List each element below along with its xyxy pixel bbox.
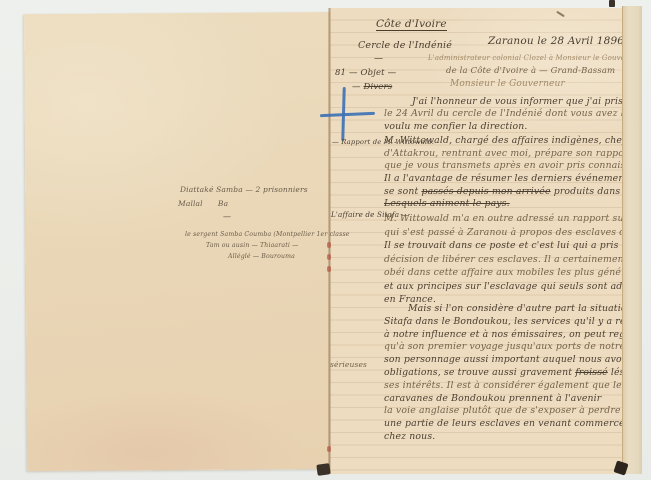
handwriting-line: M. Wittowald, chargé des affaires indigè… [384,135,622,148]
left-page-annotation: — [223,212,231,221]
body-paragraph: Mais si l'on considère d'autre part la s… [384,303,622,444]
handwriting-line: Sitafa dans le Bondoukou, les services q… [384,316,622,329]
handwriting-line: la voie anglaise plutôt que de s'exposer… [384,405,622,418]
handwriting-line: J'ai l'honneur de vous informer que j'ai… [384,96,622,108]
right-page-handwriting-layer: Côte d'IvoireCercle de l'Indénié—Zaranou… [330,8,622,474]
handwriting-line: ses intérêts. Il est à considérer égalem… [384,380,622,393]
header-handwriting-line: Cercle de l'Indénié [358,40,452,51]
book-fore-edge [622,6,642,474]
handwriting-line: obligations, se trouve aussi gravement f… [384,367,622,380]
body-paragraph: J'ai l'honneur de vous informer que j'ai… [384,96,622,133]
handwriting-line: d'Attakrou, rentrant avec moi, prépare s… [384,148,622,161]
left-page-annotation: Mallal Ba [178,199,228,208]
header-handwriting-line: — [374,54,383,64]
handwriting-line: M. Wittowald m'a en outre adressé un rap… [384,212,622,226]
left-page-annotation: Alléglé — Bourouma [228,253,295,260]
binding-mark-top [609,0,615,7]
handwriting-line: une partie de leurs esclaves en venant c… [384,418,622,431]
handwriting-line: son personnage aussi important auquel no… [384,354,622,367]
left-page-annotation: le sergent Samba Coumba (Montpellier 1er… [185,231,350,238]
handwriting-line: Il se trouvait dans ce poste et c'est lu… [384,239,622,253]
handwriting-line: obéi dans cette affaire aux mobiles les … [384,266,622,280]
handwriting-line: caravanes de Bondoukou prennent à l'aven… [384,393,622,406]
body-paragraph: M. Wittowald m'a en outre adressé un rap… [384,212,622,307]
handwriting-line: Il a l'avantage de résumer les derniers … [384,173,622,186]
scanned-register-spread: Côte d'IvoireCercle de l'Indénié—Zaranou… [0,0,651,480]
handwriting-line: que je vous transmets après en avoir pri… [384,160,622,173]
header-handwriting-line: — Divers [352,82,392,92]
handwriting-line: décision de libérer ces esclaves. Il a c… [384,253,622,267]
header-handwriting-line: Monsieur le Gouverneur [450,79,565,89]
header-handwriting-line: Zaranou le 28 Avril 1896 [488,35,622,47]
left-page-annotation: Tam ou ausin — Thiaarati — [206,242,298,249]
handwriting-line: à notre influence et à nos émissaires, o… [384,329,622,342]
margin-note: sérieuses [330,360,367,369]
handwriting-line: voulu me confier la direction. [384,121,622,133]
header-handwriting-line: L'administrateur colonial Clozel à Monsi… [428,54,622,62]
left-page-annotations-layer: Diattaké Samba — 2 prisonniersMallal Ba—… [0,0,330,480]
handwriting-line: qui s'est passé à Zaranou à propos des e… [384,226,622,240]
handwriting-line: chez nous. [384,431,622,444]
header-handwriting-line: 81 — Objet — [335,68,396,78]
header-handwriting-line: de la Côte d'Ivoire à — Grand-Bassam [446,66,615,76]
handwriting-line: et aux principes sur l'esclavage qui seu… [384,280,622,294]
handwriting-line: Lesquels animent le pays. [384,198,622,211]
handwriting-line: se sont passés depuis mon arrivée produi… [384,186,622,199]
handwriting-line: Mais si l'on considère d'autre part la s… [384,303,622,316]
header-handwriting-line: Côte d'Ivoire [376,18,447,31]
handwriting-line: le 24 Avril du cercle de l'Indénié dont … [384,108,622,120]
body-paragraph: M. Wittowald, chargé des affaires indigè… [384,135,622,211]
handwriting-line: qu'à son premier voyage jusqu'aux ports … [384,341,622,354]
left-page-annotation: Diattaké Samba — 2 prisonniers [180,185,308,194]
